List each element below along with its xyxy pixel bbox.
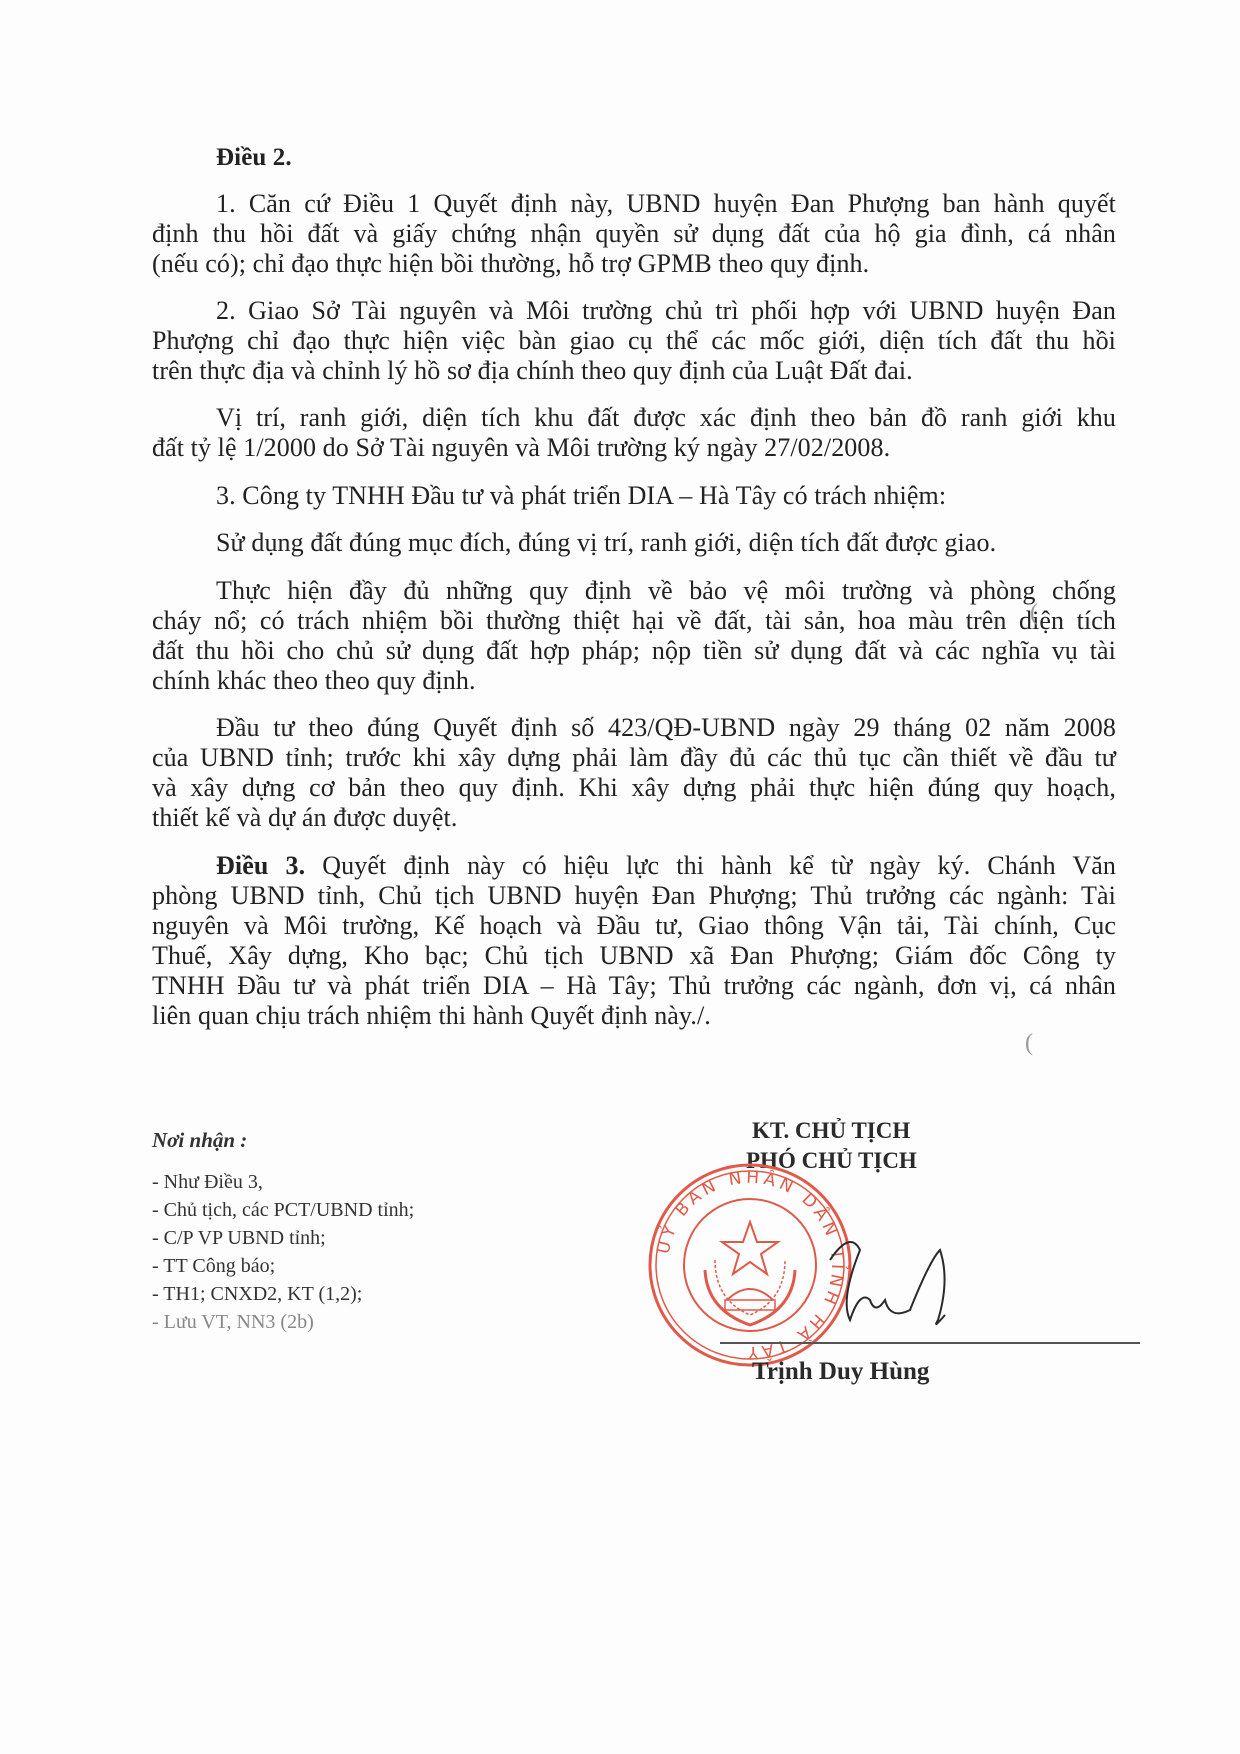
article-3-line-6: liên quan chịu trách nhiệm thi hành Quyế…: [152, 1000, 711, 1032]
article-2-p2-line-1: 2. Giao Sở Tài nguyên và Môi trường chủ …: [216, 295, 1116, 327]
article-2-p5: Sử dụng đất đúng mục đích, đúng vị trí, …: [216, 527, 996, 559]
article-2-p1-line-2: định thu hồi đất và giấy chứng nhận quyề…: [152, 218, 1116, 250]
article-2-p6-line-2: cháy nổ; có trách nhiệm bồi thường thiệt…: [152, 605, 1116, 637]
article-2-p3-line-1: Vị trí, ranh giới, diện tích khu đất đượ…: [216, 402, 1116, 434]
scan-mark: (: [1025, 1030, 1033, 1057]
recipient-item: - TT Công báo;: [152, 1252, 275, 1280]
article-2-p6-line-1: Thực hiện đầy đủ những quy định về bảo v…: [216, 575, 1116, 607]
article-2-p6-line-3: đất thu hồi cho chủ sử dụng đất hợp pháp…: [152, 635, 1116, 667]
article-2-p7-line-3: và xây dựng cơ bản theo quy định. Khi xâ…: [152, 772, 1116, 804]
signature-line: [720, 1342, 1140, 1344]
article-2-heading: Điều 2.: [216, 142, 292, 174]
recipient-item: - Chủ tịch, các PCT/UBND tỉnh;: [152, 1196, 414, 1224]
article-3-first-line: Quyết định này có hiệu lực thi hành kể t…: [322, 851, 1116, 880]
article-2-p7-line-2: của UBND tỉnh; trước khi xây dựng phải l…: [152, 742, 1116, 774]
article-2-p7-line-4: thiết kế và dự án được duyệt.: [152, 802, 457, 834]
article-3-line-4: Thuế, Xây dựng, Kho bạc; Chủ tịch UBND x…: [152, 940, 1116, 972]
document-page: Điều 2. 1. Căn cứ Điều 1 Quyết định này,…: [0, 0, 1240, 1754]
signer-name: Trịnh Duy Hùng: [752, 1358, 929, 1386]
scan-mark: (: [1030, 600, 1038, 627]
article-3-line-2: phòng UBND tỉnh, Chủ tịch UBND huyện Đan…: [152, 880, 1116, 912]
article-3-heading: Điều 3.: [216, 851, 305, 880]
article-2-p1-line-3: (nếu có); chỉ đạo thực hiện bồi thường, …: [152, 248, 869, 280]
article-3-line-3: nguyên và Môi trường, Kế hoạch và Đầu tư…: [152, 910, 1116, 942]
recipient-item: - Lưu VT, NN3 (2b): [152, 1308, 314, 1336]
recipient-item: - Như Điều 3,: [152, 1168, 263, 1196]
article-3-line-5: TNHH Đầu tư và phát triển DIA – Hà Tây; …: [152, 970, 1116, 1002]
article-2-p7-line-1: Đầu tư theo đúng Quyết định số 423/QĐ-UB…: [216, 712, 1116, 744]
article-2-p4: 3. Công ty TNHH Đầu tư và phát triển DIA…: [216, 480, 946, 512]
article-2-p3-line-2: đất tỷ lệ 1/2000 do Sở Tài nguyên và Môi…: [152, 432, 890, 464]
article-2-p2-line-2: Phượng chỉ đạo thực hiện việc bàn giao c…: [152, 325, 1116, 357]
recipient-item: - TH1; CNXD2, KT (1,2);: [152, 1280, 362, 1308]
article-3-line-1: Điều 3. Quyết định này có hiệu lực thi h…: [216, 850, 1116, 882]
recipient-item: - C/P VP UBND tỉnh;: [152, 1224, 326, 1252]
article-2-p1-line-1: 1. Căn cứ Điều 1 Quyết định này, UBND hu…: [216, 188, 1116, 220]
article-2-p6-line-4: chính khác theo theo quy định.: [152, 665, 476, 697]
handwritten-signature-icon: [820, 1220, 980, 1340]
signature-title-1: KT. CHỦ TỊCH: [752, 1118, 910, 1144]
article-2-p2-line-3: trên thực địa và chỉnh lý hồ sơ địa chín…: [152, 355, 913, 387]
recipients-title: Nơi nhận :: [152, 1128, 247, 1153]
